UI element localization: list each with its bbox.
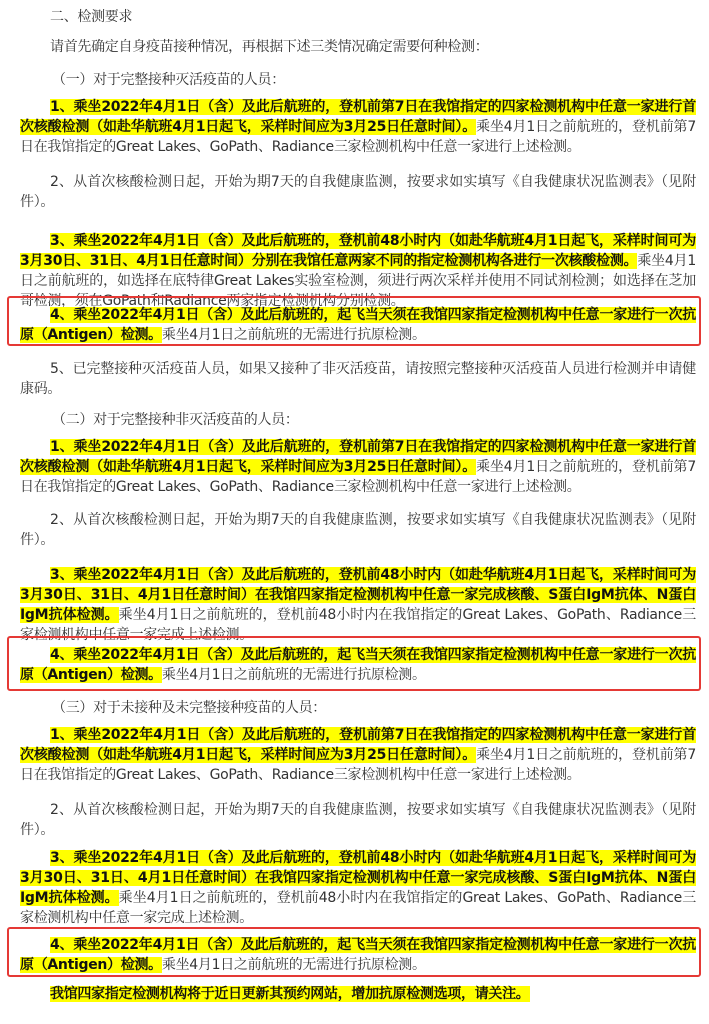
group-3-item-4: 4、乘坐2022年4月1日（含）及此后航班的，起飞当天须在我馆四家指定检测机构中… <box>20 935 696 975</box>
group-2-item-2: 2、从首次核酸检测日起，开始为期7天的自我健康监测，按要求如实填写《自我健康状况… <box>20 510 696 550</box>
highlighted-text: 3、乘坐2022年4月1日（含）及此后航班的，登机前48小时内（如赴华航班4月1… <box>20 233 696 269</box>
group-3-item-1: 1、乘坐2022年4月1日（含）及此后航班的，登机前第7日在我馆指定的四家检测机… <box>20 725 696 785</box>
plain-text: 2、从首次核酸检测日起，开始为期7天的自我健康监测，按要求如实填写《自我健康状况… <box>20 174 696 210</box>
plain-text: 乘坐4月1日之前航班的无需进行抗原检测。 <box>162 667 426 683</box>
plain-text: 乘坐4月1日之前航班的，登机前48小时内在我馆指定的Great Lakes、Go… <box>20 890 696 926</box>
group-1-item-2: 2、从首次核酸检测日起，开始为期7天的自我健康监测，按要求如实填写《自我健康状况… <box>20 172 696 212</box>
section-title: 二、检测要求 <box>50 7 709 27</box>
group-3-item-2: 2、从首次核酸检测日起，开始为期7天的自我健康监测，按要求如实填写《自我健康状况… <box>20 800 696 840</box>
plain-text: 5、已完整接种灭活疫苗人员，如果又接种了非灭活疫苗，请按照完整接种灭活疫苗人员进… <box>20 361 696 397</box>
plain-text: 乘坐4月1日之前航班的无需进行抗原检测。 <box>162 327 426 343</box>
group-3-title: （三）对于未接种及未完整接种疫苗的人员： <box>52 698 709 718</box>
group-3-item-3: 3、乘坐2022年4月1日（含）及此后航班的，登机前48小时内（如赴华航班4月1… <box>20 848 696 928</box>
footer-note: 我馆四家指定检测机构将于近日更新其预约网站，增加抗原检测选项，请关注。 <box>20 984 696 1004</box>
plain-text: 乘坐4月1日之前航班的无需进行抗原检测。 <box>162 957 426 973</box>
intro-text: 请首先确定自身疫苗接种情况，再根据下述三类情况确定需要何种检测： <box>50 37 709 57</box>
plain-text: 2、从首次核酸检测日起，开始为期7天的自我健康监测，按要求如实填写《自我健康状况… <box>20 512 696 548</box>
group-2-title: （二）对于完整接种非灭活疫苗的人员： <box>52 410 709 430</box>
group-2-item-4: 4、乘坐2022年4月1日（含）及此后航班的，起飞当天须在我馆四家指定检测机构中… <box>20 645 696 685</box>
highlighted-text: 我馆四家指定检测机构将于近日更新其预约网站，增加抗原检测选项，请关注。 <box>50 986 530 1002</box>
group-1-title: （一）对于完整接种灭活疫苗的人员： <box>52 70 709 90</box>
group-2-item-3: 3、乘坐2022年4月1日（含）及此后航班的，登机前48小时内（如赴华航班4月1… <box>20 565 696 645</box>
group-1-item-5: 5、已完整接种灭活疫苗人员，如果又接种了非灭活疫苗，请按照完整接种灭活疫苗人员进… <box>20 359 696 399</box>
group-1-item-1: 1、乘坐2022年4月1日（含）及此后航班的，登机前第7日在我馆指定的四家检测机… <box>20 97 696 157</box>
group-2-item-1: 1、乘坐2022年4月1日（含）及此后航班的，登机前第7日在我馆指定的四家检测机… <box>20 437 696 497</box>
group-1-item-4: 4、乘坐2022年4月1日（含）及此后航班的，起飞当天须在我馆四家指定检测机构中… <box>20 305 696 345</box>
plain-text: 2、从首次核酸检测日起，开始为期7天的自我健康监测，按要求如实填写《自我健康状况… <box>20 802 696 838</box>
